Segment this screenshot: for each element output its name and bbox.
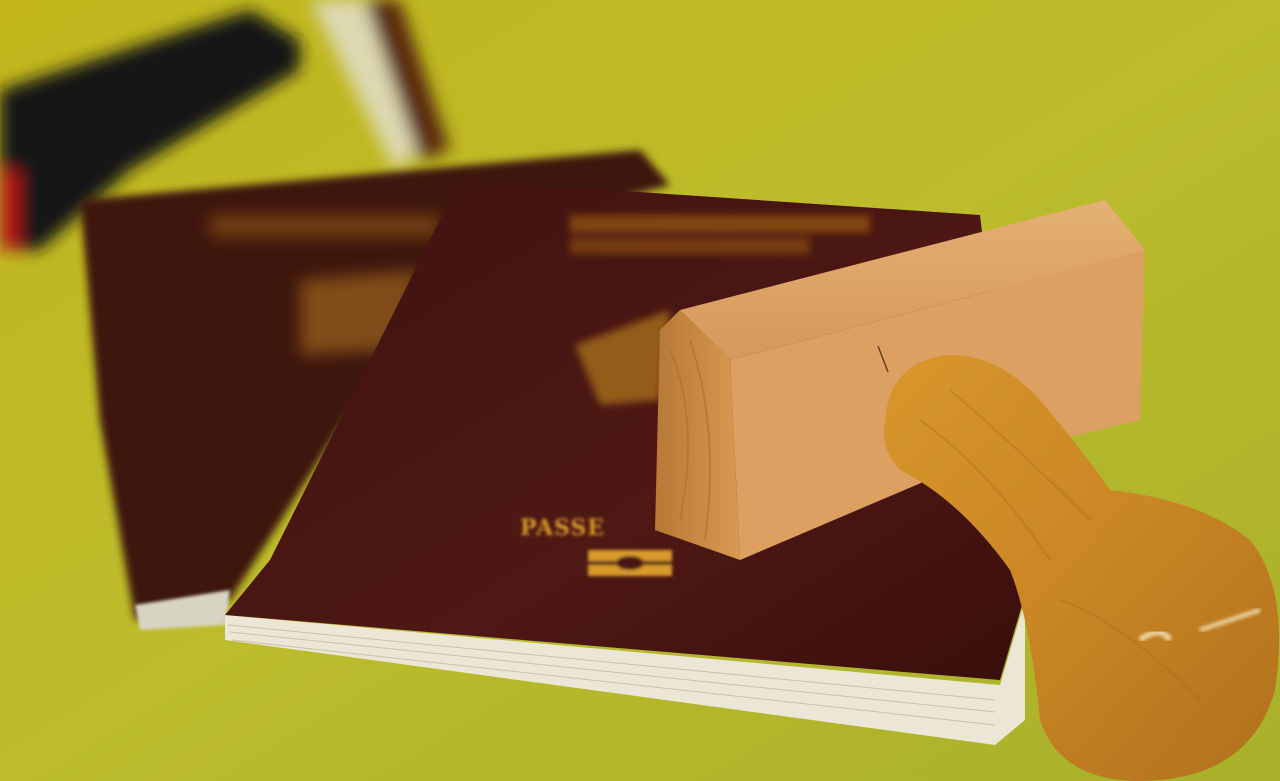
passport-cover-text: PASSE xyxy=(520,515,605,541)
biometric-chip-icon xyxy=(588,550,672,576)
photo-canvas: PASSE xyxy=(0,0,1280,781)
photo-scene: PASSE xyxy=(0,0,1280,781)
